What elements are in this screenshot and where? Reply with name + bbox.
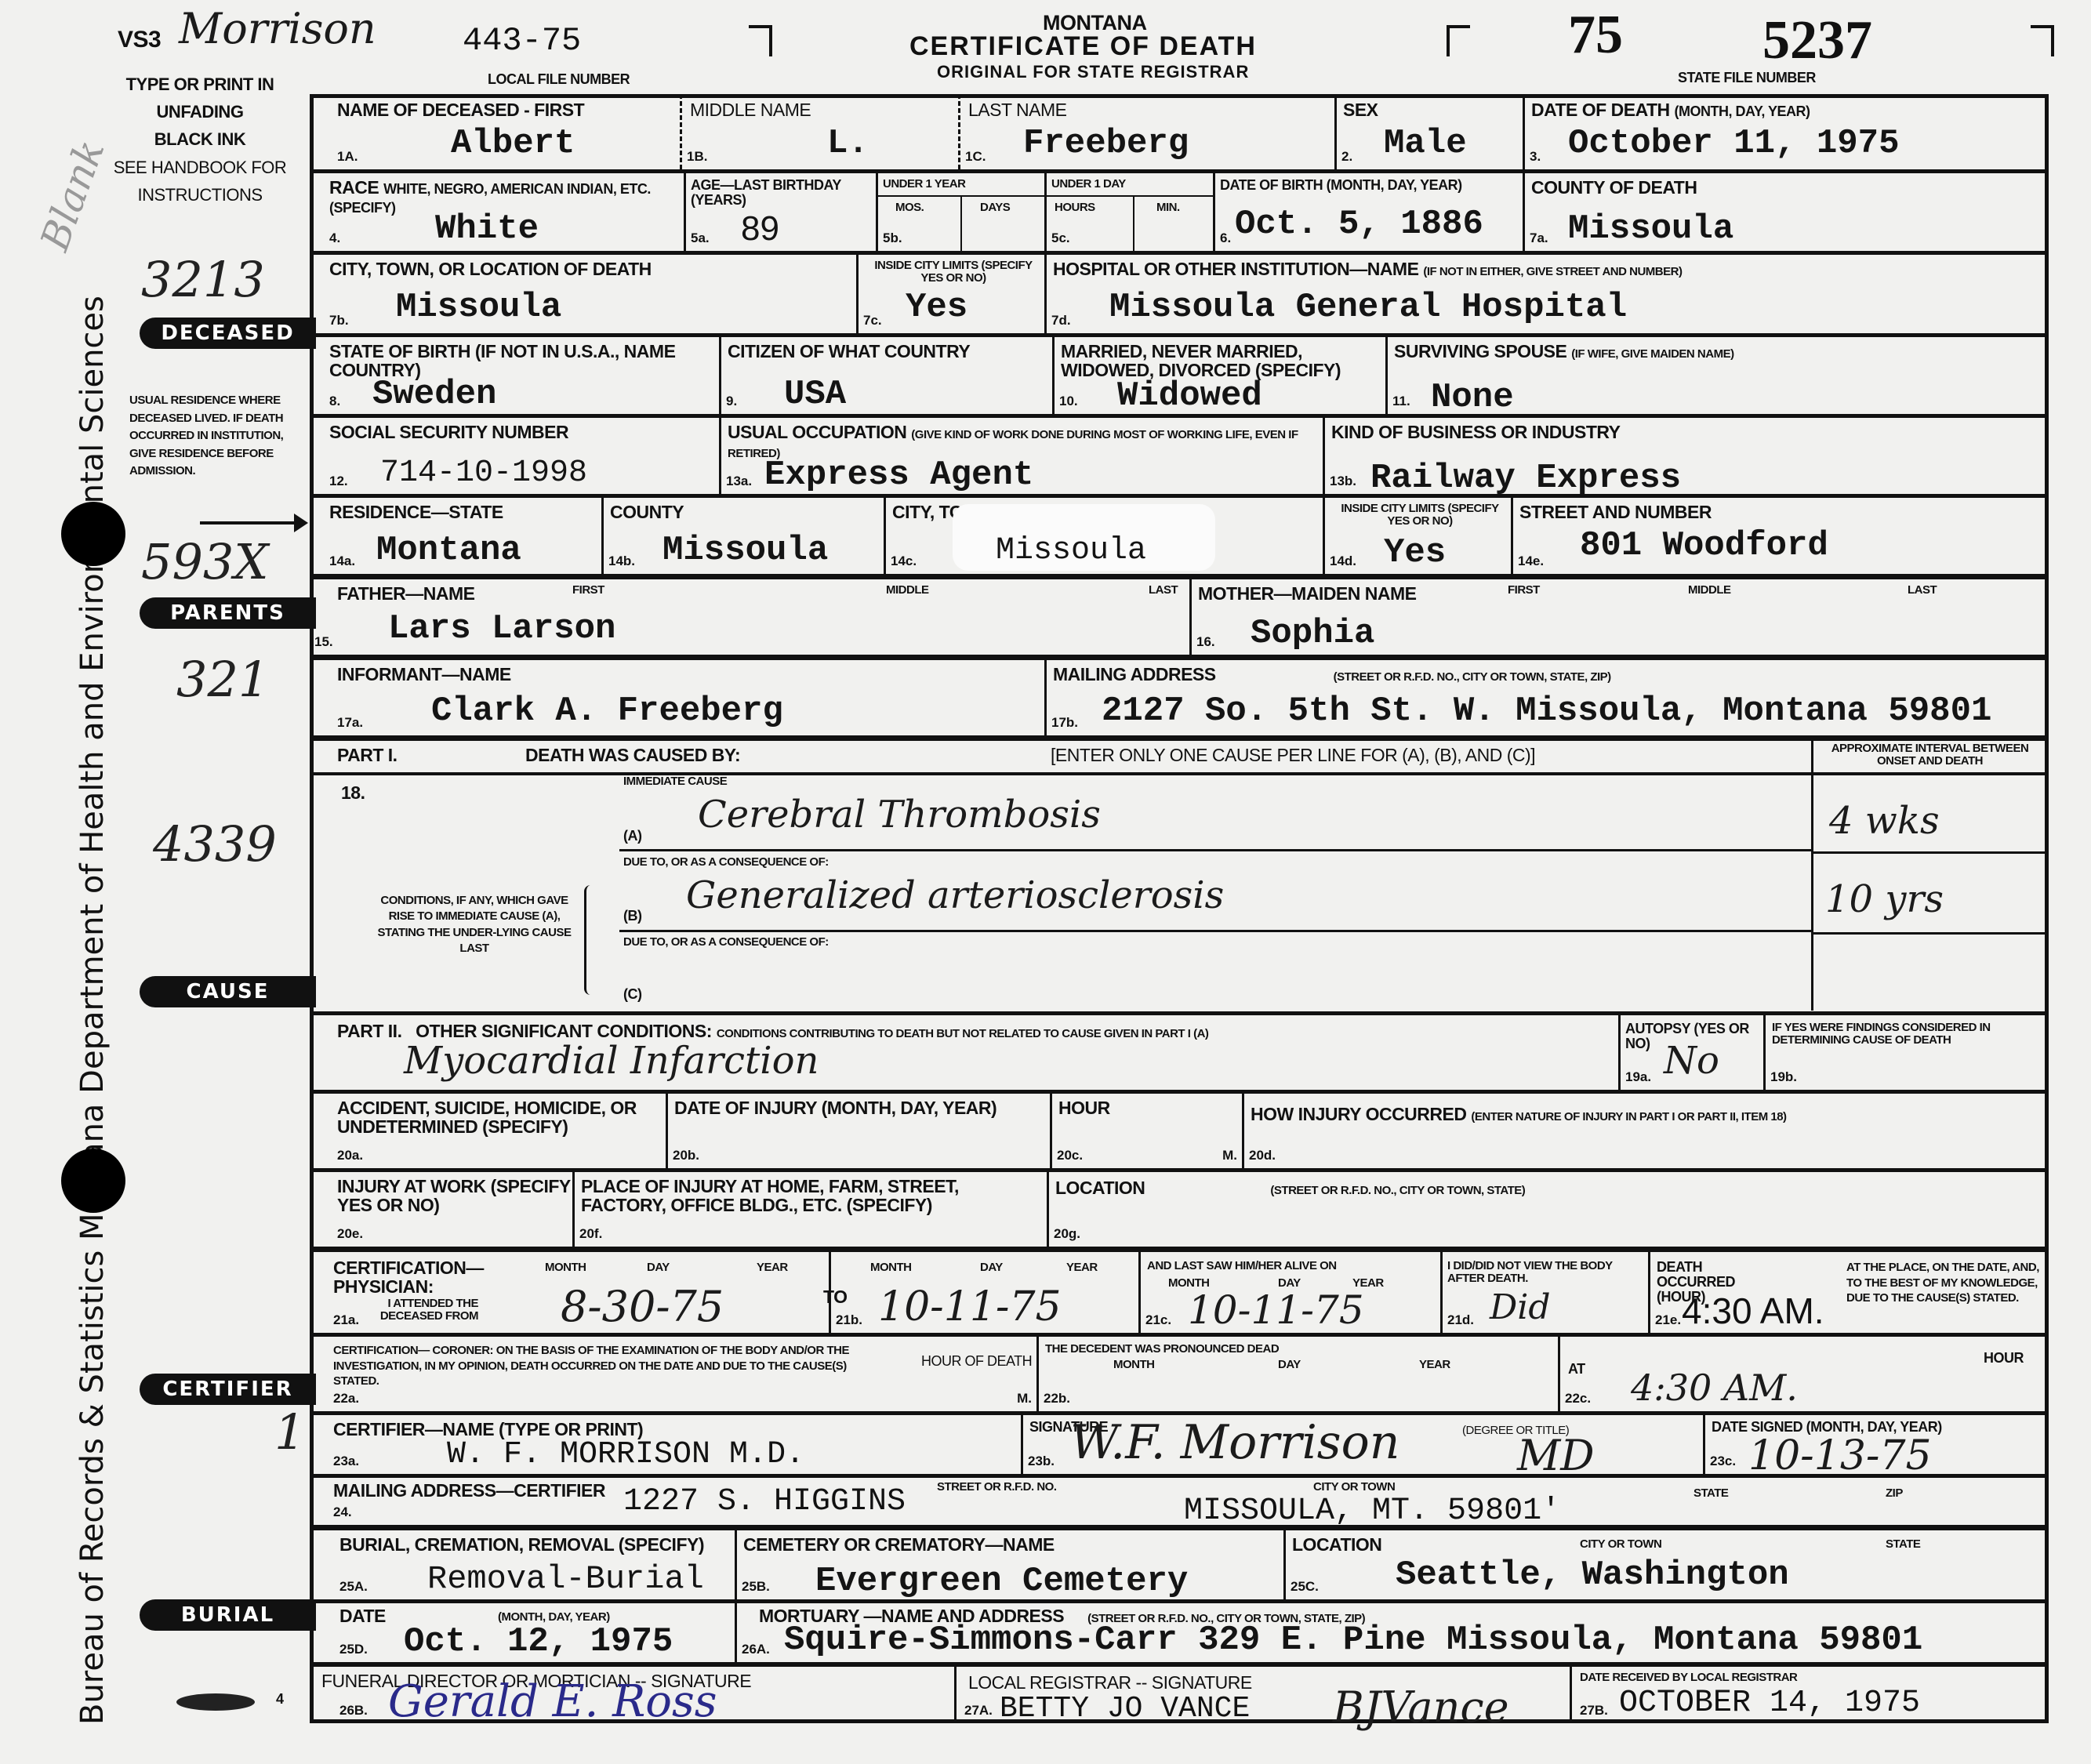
caused-by-label: DEATH WAS CAUSED BY: bbox=[525, 746, 740, 764]
field-injury-date[interactable]: DATE OF INJURY (MONTH, DAY, YEAR) 20b. bbox=[668, 1094, 1052, 1168]
field-number: 14e. bbox=[1518, 554, 1544, 569]
field-label: NAME OF DECEASED - FIRST bbox=[337, 100, 584, 119]
corner-mark bbox=[749, 25, 772, 56]
field-number: 23c. bbox=[1710, 1454, 1736, 1469]
field-label: MAILING ADDRESS—CERTIFIER bbox=[333, 1481, 605, 1500]
field-age[interactable]: AGE—LAST BIRTHDAY (YEARS) 5a. 89 bbox=[686, 173, 878, 251]
field-mortuary[interactable]: MORTUARY —NAME AND ADDRESS(STREET OR R.F… bbox=[737, 1603, 2049, 1662]
instruction-line: TYPE OR PRINT IN bbox=[94, 71, 306, 98]
last-saw-value: 10-11-75 bbox=[1188, 1287, 1364, 1333]
field-number: 7b. bbox=[329, 313, 349, 328]
local-file-label: LOCAL FILE NUMBER bbox=[488, 72, 630, 87]
autopsy-value: No bbox=[1664, 1039, 1719, 1083]
page-number: 4 bbox=[276, 1692, 284, 1707]
field-number: 1C. bbox=[965, 149, 986, 165]
field-number: (c) bbox=[623, 987, 642, 1002]
degree-value: MD bbox=[1517, 1431, 1595, 1480]
field-cemetery[interactable]: CEMETERY OR CREMATORY—NAME 25B. Evergree… bbox=[737, 1530, 1286, 1599]
row-cause-header: PART I. DEATH WAS CAUSED BY: [ENTER ONLY… bbox=[310, 735, 2049, 773]
field-label: UNDER 1 YEAR bbox=[883, 178, 965, 191]
field-informant-address[interactable]: MAILING ADDRESS(STREET OR R.F.D. NO., CI… bbox=[1047, 660, 2049, 735]
field-number: 10. bbox=[1059, 394, 1078, 409]
field-number: 7c. bbox=[863, 313, 882, 328]
field-first-name[interactable]: NAME OF DECEASED - FIRST 1A. Albert bbox=[310, 94, 682, 169]
corner-mark bbox=[2031, 25, 2054, 56]
field-label: SURVIVING SPOUSE bbox=[1394, 341, 1566, 361]
field-number: 4. bbox=[329, 230, 340, 246]
field-hint: M. bbox=[1222, 1148, 1237, 1163]
certifier-name-value: W. F. MORRISON M.D. bbox=[447, 1437, 804, 1472]
field-label: AGE—LAST BIRTHDAY (YEARS) bbox=[691, 178, 871, 208]
field-number: 21c. bbox=[1145, 1312, 1171, 1328]
industry-value: Railway Express bbox=[1370, 459, 1681, 498]
field-label: COUNTY bbox=[610, 503, 684, 521]
interval-a-value[interactable]: 4 wks bbox=[1829, 799, 1940, 843]
field-number: 5a. bbox=[691, 230, 710, 246]
father-value: Lars Larson bbox=[388, 609, 615, 648]
field-label: MIN. bbox=[1156, 201, 1180, 214]
field-label: I ATTENDED THE DECEASED FROM bbox=[353, 1298, 478, 1323]
field-under-1-day[interactable]: UNDER 1 DAY HOURS MIN. 5c. bbox=[1047, 173, 1215, 251]
field-injury-place[interactable]: PLACE OF INJURY AT HOME, FARM, STREET, F… bbox=[575, 1172, 1049, 1247]
field-number: 20f. bbox=[579, 1226, 602, 1242]
informant-address-value: 2127 So. 5th St. W. Missoula, Montana 59… bbox=[1102, 691, 1991, 731]
field-hint: CITY OR TOWN bbox=[1580, 1538, 1661, 1551]
spouse-value: None bbox=[1431, 378, 1514, 417]
field-state-of-birth[interactable]: STATE OF BIRTH (IF NOT IN U.S.A., NAME C… bbox=[310, 337, 721, 414]
row-names: NAME OF DECEASED - FIRST 1A. Albert MIDD… bbox=[310, 94, 2049, 169]
field-label: UNDER 1 DAY bbox=[1051, 178, 1126, 191]
field-label: INSIDE CITY LIMITS (SPECIFY YES OR NO) bbox=[863, 260, 1044, 285]
field-number: 23b. bbox=[1028, 1454, 1055, 1469]
field-hint: DAY bbox=[980, 1261, 1003, 1274]
field-autopsy-findings[interactable]: IF YES WERE FINDINGS CONSIDERED IN DETER… bbox=[1766, 1015, 2049, 1090]
disposition-value: Removal-Burial bbox=[427, 1560, 704, 1598]
field-number: 14c. bbox=[891, 554, 917, 569]
field-number: 20e. bbox=[337, 1226, 363, 1242]
field-label: RACE bbox=[329, 177, 379, 198]
county-of-death-value: Missoula bbox=[1568, 209, 1733, 249]
field-residence-city[interactable]: CITY, TOWN, OR LOC 14c. Missoula bbox=[886, 498, 1325, 574]
field-number: 12. bbox=[329, 474, 348, 489]
field-label: INFORMANT—NAME bbox=[337, 665, 511, 684]
field-city-of-death[interactable]: CITY, TOWN, OR LOCATION OF DEATH 7b. Mis… bbox=[310, 255, 859, 333]
instruction-line: INSTRUCTIONS bbox=[94, 181, 306, 209]
tab-cause: CAUSE bbox=[140, 976, 316, 1007]
field-label: MAILING ADDRESS bbox=[1053, 664, 1216, 684]
cause-line-b[interactable]: (b) Generalized arteriosclerosis bbox=[619, 869, 1811, 932]
field-label: CERTIFIER—NAME (TYPE OR PRINT) bbox=[333, 1420, 643, 1439]
field-label: INJURY AT WORK (SPECIFY YES OR NO) bbox=[337, 1176, 570, 1215]
field-injury-location[interactable]: LOCATION(STREET OR R.F.D. NO., CITY OR T… bbox=[1049, 1172, 2049, 1247]
field-hint: MIDDLE bbox=[1688, 584, 1731, 597]
punch-hole bbox=[61, 502, 125, 566]
field-label: RESIDENCE—STATE bbox=[329, 503, 503, 521]
field-hint: DAY bbox=[647, 1261, 670, 1274]
informant-value: Clark A. Freeberg bbox=[431, 691, 783, 731]
row-part-2: PART II. OTHER SIGNIFICANT CONDITIONS: C… bbox=[310, 1011, 2049, 1090]
field-how-injury[interactable]: HOW INJURY OCCURRED (ENTER NATURE OF INJ… bbox=[1244, 1094, 2049, 1168]
first-name-value: Albert bbox=[451, 124, 575, 163]
field-industry[interactable]: KIND OF BUSINESS OR INDUSTRY 13b. Railwa… bbox=[1325, 418, 2049, 494]
field-label: MIDDLE NAME bbox=[690, 100, 811, 119]
hospital-value: Missoula General Hospital bbox=[1109, 288, 1627, 327]
field-injury-at-work[interactable]: INJURY AT WORK (SPECIFY YES OR NO) 20e. bbox=[310, 1172, 575, 1247]
local-file-number: 443-75 bbox=[463, 22, 581, 60]
field-attended-to[interactable]: MONTH DAY YEAR 21b. 10-11-75 bbox=[831, 1252, 1141, 1333]
due-to-label: DUE TO, OR AS A CONSEQUENCE OF: bbox=[623, 856, 829, 869]
field-label: CERTIFICATION— PHYSICIAN: bbox=[333, 1258, 490, 1296]
middle-name-value: L. bbox=[827, 124, 869, 163]
race-value: White bbox=[435, 209, 539, 249]
field-label: DATE bbox=[339, 1606, 386, 1625]
field-number: 22a. bbox=[333, 1391, 359, 1406]
field-disposition[interactable]: BURIAL, CREMATION, REMOVAL (SPECIFY) 25A… bbox=[310, 1530, 737, 1599]
dob-value: Oct. 5, 1886 bbox=[1235, 205, 1483, 244]
inside-city-value: Yes bbox=[906, 288, 967, 327]
row-accident: ACCIDENT, SUICIDE, HOMICIDE, OR UNDETERM… bbox=[310, 1090, 2049, 1168]
field-date-of-birth[interactable]: DATE OF BIRTH (MONTH, DAY, YEAR) 6. Oct.… bbox=[1215, 173, 1525, 251]
field-hint: FIRST bbox=[572, 584, 604, 597]
row-injury-place: INJURY AT WORK (SPECIFY YES OR NO) 20e. … bbox=[310, 1168, 2049, 1247]
marital-value: Widowed bbox=[1117, 376, 1262, 416]
row-ssn-occupation: SOCIAL SECURITY NUMBER 12. 714-10-1998 U… bbox=[310, 414, 2049, 494]
field-number: 13a. bbox=[726, 474, 752, 489]
field-marital-status[interactable]: MARRIED, NEVER MARRIED, WIDOWED, DIVORCE… bbox=[1055, 337, 1388, 414]
field-label: DATE OF BIRTH (MONTH, DAY, YEAR) bbox=[1220, 178, 1518, 193]
cause-line-a[interactable]: (a) Cerebral Thrombosis bbox=[619, 791, 1811, 851]
field-ssn[interactable]: SOCIAL SECURITY NUMBER 12. 714-10-1998 bbox=[310, 418, 721, 494]
field-hint: LAST bbox=[1908, 584, 1937, 597]
field-hint: (MONTH, DAY, YEAR) bbox=[1675, 103, 1810, 119]
field-last-saw-alive[interactable]: AND LAST SAW HIM/HER ALIVE ON MONTH DAY … bbox=[1141, 1252, 1443, 1333]
field-number: 3. bbox=[1530, 149, 1541, 165]
row-certifier-name: CERTIFIER—NAME (TYPE OR PRINT) 23a. W. F… bbox=[310, 1411, 2049, 1474]
field-informant[interactable]: INFORMANT—NAME 17a. Clark A. Freeberg bbox=[310, 660, 1047, 735]
field-mother[interactable]: MOTHER—MAIDEN NAMEFIRSTMIDDLELAST 16. So… bbox=[1192, 579, 2049, 655]
field-other-conditions[interactable]: PART II. OTHER SIGNIFICANT CONDITIONS: C… bbox=[310, 1015, 1621, 1090]
arrow-head-icon bbox=[294, 514, 308, 532]
field-label: CERTIFICATION— CORONER: ON THE BASIS OF … bbox=[333, 1343, 882, 1389]
field-date-of-death[interactable]: DATE OF DEATH (MONTH, DAY, YEAR) 3. Octo… bbox=[1525, 94, 2049, 169]
registrar-signature: BJVance bbox=[1333, 1682, 1509, 1732]
field-number: 11. bbox=[1392, 394, 1410, 409]
date-signed-value: 10-13-75 bbox=[1748, 1432, 1932, 1479]
field-hint: MIDDLE bbox=[886, 584, 929, 597]
field-label: DATE OF DEATH bbox=[1531, 100, 1670, 120]
union-bug-icon bbox=[176, 1693, 255, 1711]
field-label: CEMETERY OR CREMATORY—NAME bbox=[743, 1535, 1055, 1554]
field-number: 22b. bbox=[1044, 1391, 1070, 1406]
field-occupation[interactable]: USUAL OCCUPATION (GIVE KIND OF WORK DONE… bbox=[721, 418, 1325, 494]
field-label: PLACE OF INJURY AT HOME, FARM, STREET, F… bbox=[581, 1177, 1044, 1214]
field-number: 20g. bbox=[1054, 1226, 1080, 1242]
field-number: 2. bbox=[1341, 149, 1352, 165]
field-number: 19a. bbox=[1625, 1069, 1651, 1085]
field-number: 7d. bbox=[1051, 313, 1071, 328]
res-county-value: Missoula bbox=[663, 531, 828, 570]
burial-location-value: Seattle, Washington bbox=[1396, 1555, 1789, 1595]
age-value: 89 bbox=[741, 209, 779, 249]
field-hint: M. bbox=[1017, 1391, 1032, 1406]
field-number: 21d. bbox=[1447, 1312, 1474, 1328]
field-hint: (ENTER NATURE OF INJURY IN PART I OR PAR… bbox=[1471, 1110, 1786, 1123]
row-causes: 18. CONDITIONS, IF ANY, WHICH GAVE RISE … bbox=[310, 772, 2049, 1011]
part-1-label: PART I. bbox=[337, 746, 398, 764]
field-hint: (STREET OR R.F.D. NO., CITY OR TOWN, STA… bbox=[1334, 670, 1611, 684]
field-death-occurred[interactable]: DEATH OCCURRED (HOUR) 21e. 4:30 AM. AT T… bbox=[1650, 1252, 2049, 1333]
field-number: 27B. bbox=[1580, 1703, 1608, 1719]
field-date-signed[interactable]: DATE SIGNED (MONTH, DAY, YEAR) 23c. 10-1… bbox=[1705, 1415, 2049, 1474]
field-number: 13b. bbox=[1330, 474, 1356, 489]
field-number: 8. bbox=[329, 394, 340, 409]
part-2-label: PART II. bbox=[337, 1021, 401, 1041]
field-number: (b) bbox=[623, 909, 642, 924]
burial-date-value: Oct. 12, 1975 bbox=[404, 1622, 673, 1661]
row-certifier-address[interactable]: MAILING ADDRESS—CERTIFIER 24. 1227 S. HI… bbox=[310, 1474, 2049, 1525]
margin-note: 1 bbox=[274, 1403, 305, 1461]
field-certifier-signature[interactable]: SIGNATURE 23b. W.F. Morrison (DEGREE OR … bbox=[1023, 1415, 1705, 1474]
interval-column: 4 wks 10 yrs bbox=[1811, 775, 2049, 1011]
field-label: MOTHER—MAIDEN NAME bbox=[1198, 583, 1417, 604]
handwritten-name: Morrison bbox=[179, 4, 376, 53]
field-burial-date[interactable]: DATE (MONTH, DAY, YEAR) 25D. Oct. 12, 19… bbox=[310, 1603, 737, 1662]
field-accident-type[interactable]: ACCIDENT, SUICIDE, HOMICIDE, OR UNDETERM… bbox=[310, 1094, 668, 1168]
field-number: 5c. bbox=[1051, 230, 1070, 246]
row-coroner-cert: CERTIFICATION— CORONER: ON THE BASIS OF … bbox=[310, 1333, 2049, 1411]
field-residence-county[interactable]: COUNTY 14b. Missoula bbox=[604, 498, 886, 574]
field-hint: MONTH bbox=[870, 1261, 912, 1274]
cause-a-value: Cerebral Thrombosis bbox=[698, 793, 1101, 837]
due-to-label: DUE TO, OR AS A CONSEQUENCE OF: bbox=[623, 936, 829, 949]
field-father[interactable]: FATHER—NAMEFIRSTMIDDLELAST 15. Lars Lars… bbox=[310, 579, 1192, 655]
cause-b-value: Generalized arteriosclerosis bbox=[686, 873, 1224, 917]
field-hint: MONTH bbox=[1113, 1359, 1155, 1371]
certificate-title: CERTIFICATE OF DEATH bbox=[909, 33, 1257, 61]
field-hospital[interactable]: HOSPITAL OR OTHER INSTITUTION—NAME (IF N… bbox=[1047, 255, 2049, 333]
field-middle-name[interactable]: MIDDLE NAME 1B. L. bbox=[682, 94, 960, 169]
field-number: 1A. bbox=[337, 149, 358, 165]
arrow-icon bbox=[200, 521, 306, 524]
occupation-value: Express Agent bbox=[764, 456, 1033, 495]
field-label: HOUR bbox=[1984, 1351, 2024, 1366]
field-injury-hour[interactable]: HOUR 20c. M. bbox=[1052, 1094, 1244, 1168]
occurred-note: AT THE PLACE, ON THE DATE, AND, TO THE B… bbox=[1846, 1260, 2046, 1306]
field-coroner[interactable]: CERTIFICATION— CORONER: ON THE BASIS OF … bbox=[310, 1337, 1039, 1411]
field-label: DATE RECEIVED BY LOCAL REGISTRAR bbox=[1580, 1671, 1797, 1684]
field-label: DAYS bbox=[980, 201, 1010, 214]
view-body-value: Did bbox=[1490, 1287, 1551, 1327]
field-date-received[interactable]: DATE RECEIVED BY LOCAL REGISTRAR 27B. OC… bbox=[1572, 1667, 2049, 1723]
state-file-year: 75 bbox=[1568, 4, 1623, 67]
field-hint: STATE bbox=[1886, 1538, 1920, 1551]
field-under-1-year[interactable]: UNDER 1 YEAR MOS. DAYS 5b. bbox=[878, 173, 1047, 251]
last-name-value: Freeberg bbox=[1023, 124, 1189, 163]
field-hint: YEAR bbox=[1419, 1359, 1450, 1371]
field-autopsy[interactable]: AUTOPSY (YES OR NO) 19a. No bbox=[1621, 1015, 1766, 1090]
mortuary-value: Squire-Simmons-Carr 329 E. Pine Missoula… bbox=[784, 1621, 1922, 1660]
field-number: 15. bbox=[314, 634, 333, 650]
field-label: CITIZEN OF WHAT COUNTRY bbox=[728, 342, 970, 361]
state-file-number: 5237 bbox=[1762, 9, 1872, 72]
field-number: 20b. bbox=[673, 1148, 699, 1163]
date-of-death-value: October 11, 1975 bbox=[1568, 124, 1899, 163]
field-hint: ZIP bbox=[1886, 1487, 1903, 1500]
field-label: SEX bbox=[1343, 100, 1378, 119]
field-residence-street[interactable]: STREET AND NUMBER 14e. 801 Woodford bbox=[1513, 498, 2049, 574]
pronounced-at-value: 4:30 AM. bbox=[1631, 1367, 1798, 1409]
field-number: 17b. bbox=[1051, 715, 1078, 731]
field-number: 20c. bbox=[1057, 1148, 1083, 1163]
tab-parents: PARENTS bbox=[140, 597, 316, 629]
field-local-registrar[interactable]: LOCAL REGISTRAR -- SIGNATURE 27A. BETTY … bbox=[957, 1667, 1572, 1723]
field-last-name[interactable]: LAST NAME 1C. Freeberg bbox=[960, 94, 1337, 169]
funeral-director-signature: Gerald E. Ross bbox=[388, 1676, 717, 1727]
field-number: 27A. bbox=[964, 1703, 993, 1719]
field-label: AT bbox=[1568, 1362, 1585, 1377]
field-label: STREET AND NUMBER bbox=[1519, 503, 1712, 521]
field-pronounced-at[interactable]: AT HOUR 22c. 4:30 AM. bbox=[1560, 1337, 2049, 1411]
row-parents: FATHER—NAMEFIRSTMIDDLELAST 15. Lars Lars… bbox=[310, 574, 2049, 655]
ssn-value: 714-10-1998 bbox=[380, 456, 587, 491]
interval-b-value[interactable]: 10 yrs bbox=[1825, 877, 1944, 921]
field-hint: CITY OR TOWN bbox=[1313, 1481, 1395, 1494]
registrar-name-value: BETTY JO VANCE bbox=[1000, 1692, 1250, 1726]
field-burial-location[interactable]: LOCATION CITY OR TOWN STATE 25C. Seattle… bbox=[1286, 1530, 2049, 1599]
margin-note: 3213 bbox=[141, 251, 265, 308]
instructions: TYPE OR PRINT IN UNFADING BLACK INK SEE … bbox=[94, 71, 306, 209]
field-hint: FIRST bbox=[1508, 584, 1540, 597]
field-county-of-death[interactable]: COUNTY OF DEATH 7a. Missoula bbox=[1525, 173, 2049, 251]
instruction-line: UNFADING bbox=[94, 98, 306, 125]
city-of-death-value: Missoula bbox=[396, 288, 561, 327]
field-number: 14d. bbox=[1330, 554, 1356, 569]
cause-line-c[interactable]: (c) bbox=[619, 948, 1811, 1011]
field-attended-from[interactable]: CERTIFICATION— PHYSICIAN: I ATTENDED THE… bbox=[310, 1252, 831, 1333]
field-pronounced-dead[interactable]: THE DECEDENT WAS PRONOUNCED DEAD MONTH D… bbox=[1039, 1337, 1560, 1411]
field-label: INSIDE CITY LIMITS (SPECIFY YES OR NO) bbox=[1330, 503, 1510, 528]
date-received-value: OCTOBER 14, 1975 bbox=[1619, 1686, 1920, 1721]
field-citizenship[interactable]: CITIZEN OF WHAT COUNTRY 9. USA bbox=[721, 337, 1055, 414]
field-number: 7a. bbox=[1530, 230, 1548, 246]
form-code: VS3 bbox=[118, 27, 161, 53]
field-hint: (IF NOT IN EITHER, GIVE STREET AND NUMBE… bbox=[1423, 265, 1682, 278]
field-number: 5b. bbox=[883, 230, 902, 246]
field-label: SOCIAL SECURITY NUMBER bbox=[329, 423, 568, 441]
brace-icon bbox=[584, 885, 594, 995]
field-number: 17a. bbox=[337, 715, 363, 731]
field-number: 16. bbox=[1196, 634, 1215, 650]
field-number: 6. bbox=[1220, 230, 1231, 246]
field-number: 25D. bbox=[339, 1642, 368, 1657]
row-place-of-death: CITY, TOWN, OR LOCATION OF DEATH 7b. Mis… bbox=[310, 251, 2049, 333]
field-number: 20d. bbox=[1249, 1148, 1276, 1163]
row-registrar: FUNERAL DIRECTOR OR MORTICIAN -- SIGNATU… bbox=[310, 1662, 2049, 1723]
field-number: 25B. bbox=[742, 1579, 770, 1595]
field-hint: (STREET OR R.F.D. NO., CITY OR TOWN, STA… bbox=[1270, 1184, 1525, 1197]
res-inside-value: Yes bbox=[1384, 533, 1446, 572]
field-inside-city-limits[interactable]: INSIDE CITY LIMITS (SPECIFY YES OR NO) 7… bbox=[859, 255, 1047, 333]
field-race[interactable]: RACE WHITE, NEGRO, AMERICAN INDIAN, ETC.… bbox=[310, 173, 686, 251]
field-residence-inside-city[interactable]: INSIDE CITY LIMITS (SPECIFY YES OR NO) 1… bbox=[1325, 498, 1513, 574]
corner-mark bbox=[1447, 25, 1470, 56]
certificate-subtitle: ORIGINAL FOR STATE REGISTRAR bbox=[937, 63, 1249, 81]
instruction-line: SEE HANDBOOK FOR bbox=[94, 154, 306, 181]
field-label: DATE OF INJURY (MONTH, DAY, YEAR) bbox=[674, 1098, 996, 1117]
field-label: I DID/DID NOT VIEW THE BODY AFTER DEATH. bbox=[1447, 1260, 1647, 1285]
immediate-label: IMMEDIATE CAUSE bbox=[623, 775, 727, 788]
field-number: 26B. bbox=[339, 1703, 368, 1719]
field-view-body[interactable]: I DID/DID NOT VIEW THE BODY AFTER DEATH.… bbox=[1443, 1252, 1650, 1333]
field-label: FATHER—NAME bbox=[337, 583, 475, 604]
tab-burial: BURIAL bbox=[140, 1599, 316, 1631]
field-label: LOCATION bbox=[1055, 1178, 1145, 1198]
certifier-signature-value: W.F. Morrison bbox=[1070, 1415, 1399, 1470]
residence-note: USUAL RESIDENCE WHERE DECEASED LIVED. IF… bbox=[129, 392, 286, 481]
field-surviving-spouse[interactable]: SURVIVING SPOUSE (IF WIFE, GIVE MAIDEN N… bbox=[1388, 337, 2049, 414]
field-label: IF YES WERE FINDINGS CONSIDERED IN DETER… bbox=[1772, 1022, 2042, 1047]
field-sex[interactable]: SEX 2. Male bbox=[1337, 94, 1525, 169]
field-label: HOUR bbox=[1058, 1098, 1110, 1117]
certifier-city-value: MISSOULA, MT. 59801' bbox=[1184, 1494, 1560, 1529]
field-label: HOUR OF DEATH bbox=[921, 1354, 1032, 1369]
punch-hole bbox=[61, 1149, 125, 1213]
field-number: 25A. bbox=[339, 1579, 368, 1595]
instruction-line: BLACK INK bbox=[94, 125, 306, 153]
field-number: (a) bbox=[623, 829, 642, 844]
margin-note: 321 bbox=[176, 651, 269, 708]
field-label: CITY, TOWN, OR LOCATION OF DEATH bbox=[329, 260, 652, 278]
row-residence: RESIDENCE—STATE 14a. Montana COUNTY 14b.… bbox=[310, 494, 2049, 574]
field-number: 23a. bbox=[333, 1454, 359, 1469]
cemetery-value: Evergreen Cemetery bbox=[815, 1562, 1188, 1601]
field-label: KIND OF BUSINESS OR INDUSTRY bbox=[1331, 423, 1621, 441]
field-label: MARRIED, NEVER MARRIED, WIDOWED, DIVORCE… bbox=[1061, 342, 1382, 379]
field-certifier-name[interactable]: CERTIFIER—NAME (TYPE OR PRINT) 23a. W. F… bbox=[310, 1415, 1023, 1474]
margin-note: 593X bbox=[141, 533, 268, 590]
field-number: 21a. bbox=[333, 1312, 359, 1328]
field-label: LOCAL REGISTRAR -- SIGNATURE bbox=[968, 1673, 1252, 1692]
row-physician-cert: CERTIFICATION— PHYSICIAN: I ATTENDED THE… bbox=[310, 1247, 2049, 1333]
field-label: HOW INJURY OCCURRED bbox=[1251, 1104, 1466, 1124]
row-race-age: RACE WHITE, NEGRO, AMERICAN INDIAN, ETC.… bbox=[310, 169, 2049, 251]
citizen-value: USA bbox=[784, 375, 846, 414]
field-label: USUAL OCCUPATION bbox=[728, 422, 906, 442]
attended-to-value: 10-11-75 bbox=[878, 1283, 1062, 1330]
mother-value: Sophia bbox=[1251, 614, 1374, 653]
field-number: 25C. bbox=[1291, 1579, 1319, 1595]
attended-from-value: 8-30-75 bbox=[561, 1282, 724, 1331]
margin-note: 4339 bbox=[153, 815, 277, 873]
tab-certifier: CERTIFIER bbox=[140, 1374, 316, 1405]
sex-value: Male bbox=[1384, 124, 1467, 163]
field-label: LAST NAME bbox=[968, 100, 1066, 119]
field-hint: DAY bbox=[1278, 1359, 1301, 1371]
field-number: 21e. bbox=[1655, 1312, 1681, 1328]
field-number: 19b. bbox=[1770, 1069, 1797, 1085]
field-funeral-director[interactable]: FUNERAL DIRECTOR OR MORTICIAN -- SIGNATU… bbox=[310, 1667, 957, 1723]
state-of-birth-value: Sweden bbox=[372, 375, 496, 414]
field-hint: STREET OR R.F.D. NO. bbox=[937, 1481, 1057, 1494]
field-hint: MONTH bbox=[545, 1261, 586, 1274]
row-birth-citizenship: STATE OF BIRTH (IF NOT IN U.S.A., NAME C… bbox=[310, 333, 2049, 414]
field-residence-state[interactable]: RESIDENCE—STATE 14a. Montana bbox=[310, 498, 604, 574]
field-number: 14b. bbox=[608, 554, 635, 569]
field-hint: LAST bbox=[1149, 584, 1178, 597]
certifier-street-value: 1227 S. HIGGINS bbox=[623, 1484, 906, 1519]
res-city-value: Missoula bbox=[996, 533, 1146, 568]
field-number: 26A. bbox=[742, 1642, 770, 1657]
